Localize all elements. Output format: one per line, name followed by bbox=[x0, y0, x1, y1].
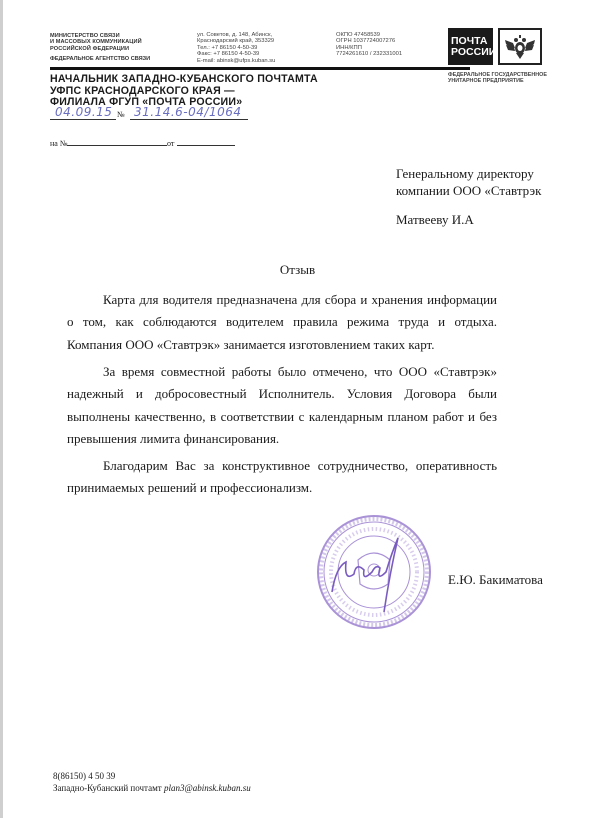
contact-address: ул. Советов, д. 148, Абинск, Краснодарск… bbox=[197, 32, 275, 64]
footer-contact: 8(86150) 4 50 39 Западно-Кубанский почта… bbox=[53, 770, 251, 794]
footer-email: plan3@abinsk.kuban.su bbox=[164, 783, 251, 793]
signer-name: Е.Ю. Бакиматова bbox=[448, 572, 543, 588]
email-line: E-mail: abinsk@ufps.kuban.su bbox=[197, 58, 275, 64]
ogrn-code: ОГРН 1037724007276 bbox=[336, 38, 402, 44]
body-paragraph: Благодарим Вас за конструктивное сотрудн… bbox=[67, 455, 497, 500]
paragraph-text: Карта для водителя предназначена для сбо… bbox=[67, 289, 497, 356]
double-headed-eagle-icon bbox=[498, 28, 542, 65]
document-title: Отзыв bbox=[0, 262, 595, 278]
addressee-block: Генеральному директору компании ООО «Ста… bbox=[396, 166, 541, 199]
reference-number-field bbox=[67, 145, 167, 146]
reference-date-field bbox=[177, 145, 235, 146]
paragraph-text: За время совместной работы было отмечено… bbox=[67, 361, 497, 451]
header-divider bbox=[50, 67, 470, 70]
number-label: № bbox=[117, 110, 125, 119]
ministry-line: РОССИЙСКОЙ ФЕДЕРАЦИИ bbox=[50, 46, 142, 52]
body-paragraph: Карта для водителя предназначена для сбо… bbox=[67, 289, 497, 356]
official-stamp-icon bbox=[314, 512, 434, 632]
fgup-caption: ФЕДЕРАЛЬНОЕ ГОСУДАРСТВЕННОЕ УНИТАРНОЕ ПР… bbox=[448, 72, 547, 84]
body-paragraph: За время совместной работы было отмечено… bbox=[67, 361, 497, 451]
page-edge bbox=[0, 0, 3, 818]
sender-title-line: НАЧАЛЬНИК ЗАПАДНО-КУБАНСКОГО ПОЧТАМТА bbox=[50, 74, 318, 86]
logo-line: РОССИИ bbox=[451, 47, 493, 58]
registry-codes: ОКПО 47458539 ОГРН 1037724007276 ИНН/КПП… bbox=[336, 32, 402, 58]
ministry-line: И МАССОВЫХ КОММУНИКАЦИЙ bbox=[50, 39, 142, 45]
reference-number-label: на № bbox=[50, 139, 67, 148]
registration-date: 04.09.15 bbox=[55, 105, 112, 119]
addressee-name: Матвееву И.А bbox=[396, 212, 474, 228]
pochta-rossii-logo: ПОЧТА РОССИИ bbox=[448, 28, 493, 65]
agency-name: ФЕДЕРАЛЬНОЕ АГЕНТСТВО СВЯЗИ bbox=[50, 56, 150, 62]
fgup-line: УНИТАРНОЕ ПРЕДПРИЯТИЕ bbox=[448, 78, 547, 84]
handwritten-signature bbox=[332, 538, 398, 612]
reference-date-label: от bbox=[167, 139, 174, 148]
registration-number: 31.14.6-04/1064 bbox=[134, 105, 241, 119]
footer-org: Западно-Кубанский почтамт bbox=[53, 783, 162, 793]
addressee-position: Генеральному директору bbox=[396, 166, 541, 183]
footer-phone: 8(86150) 4 50 39 bbox=[53, 770, 251, 782]
logo-line: ПОЧТА bbox=[451, 36, 493, 47]
ministry-name: МИНИСТЕРСТВО СВЯЗИ И МАССОВЫХ КОММУНИКАЦ… bbox=[50, 33, 142, 52]
addressee-company: компании ООО «Ставтрэк bbox=[396, 183, 541, 200]
sender-title: НАЧАЛЬНИК ЗАПАДНО-КУБАНСКОГО ПОЧТАМТА УФ… bbox=[50, 74, 318, 109]
address-line: Краснодарский край, 353329 bbox=[197, 38, 275, 44]
inn-kpp-code: 7724261610 / 232331001 bbox=[336, 51, 402, 57]
footer-org-line: Западно-Кубанский почтамт plan3@abinsk.k… bbox=[53, 782, 251, 794]
paragraph-text: Благодарим Вас за конструктивное сотрудн… bbox=[67, 455, 497, 500]
